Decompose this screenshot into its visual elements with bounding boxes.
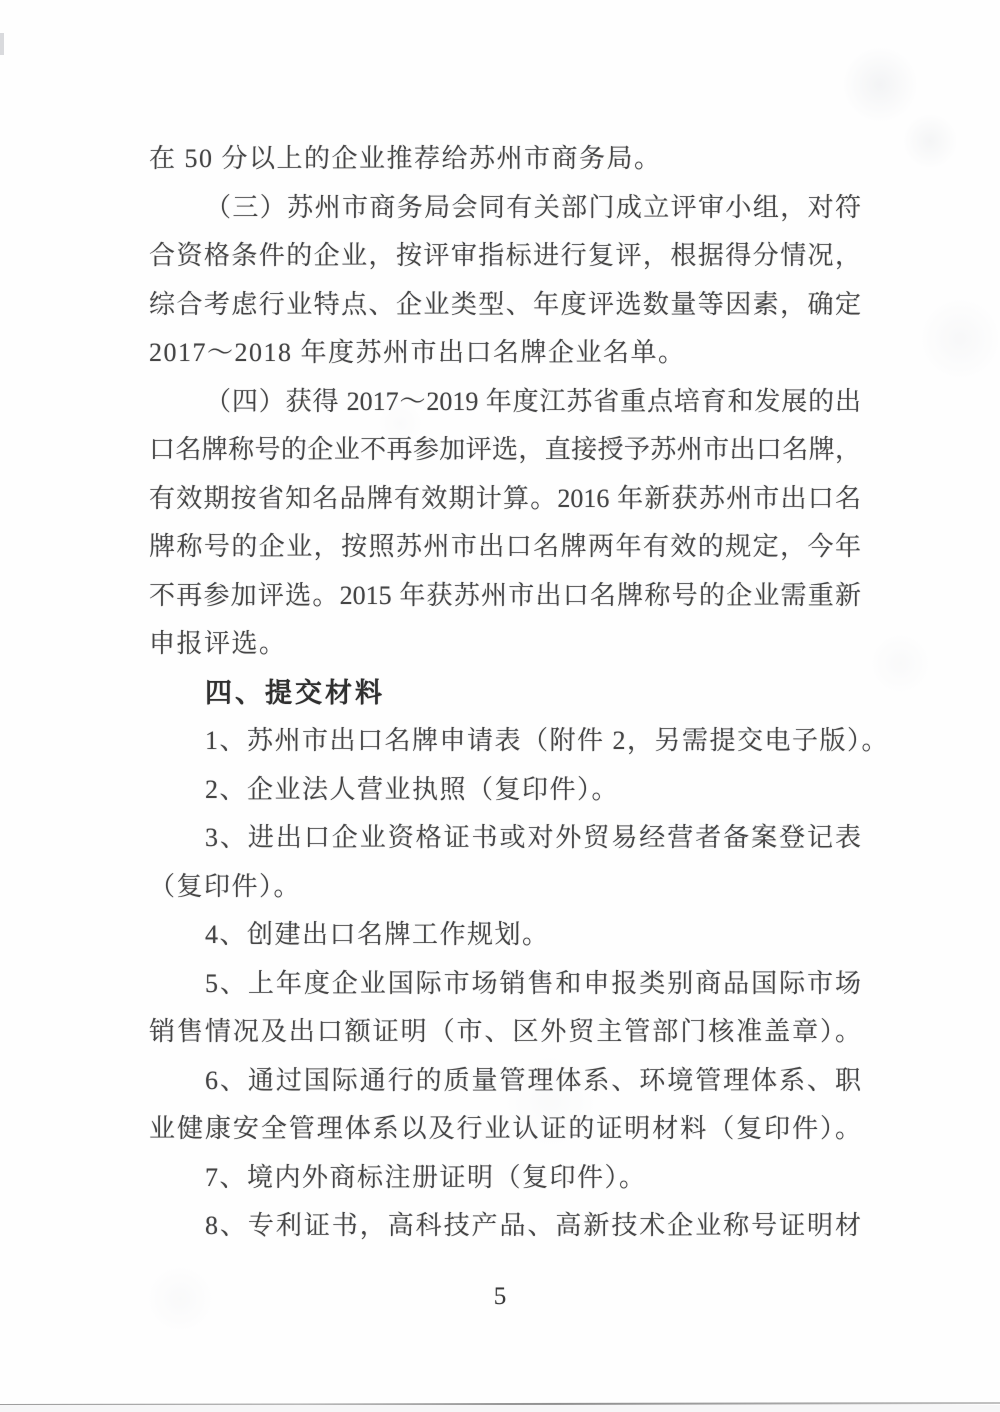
scan-artifact-mark	[0, 33, 4, 55]
scan-bottom-margin	[0, 1405, 1000, 1412]
body-line: 合资格条件的企业，按评审指标进行复评，根据得分情况，	[149, 232, 861, 281]
body-line: （四）获得 2017～2019 年度江苏省重点培育和发展的出	[149, 378, 861, 427]
document-body: 在 50 分以上的企业推荐给苏州市商务局。 （三）苏州市商务局会同有关部门成立评…	[149, 135, 861, 1251]
body-line: 在 50 分以上的企业推荐给苏州市商务局。	[149, 135, 861, 184]
scanned-document-page: 在 50 分以上的企业推荐给苏州市商务局。 （三）苏州市商务局会同有关部门成立评…	[0, 0, 1000, 1412]
list-item: 1、苏州市出口名牌申请表（附件 2，另需提交电子版）。	[149, 717, 861, 766]
body-line: 不再参加评选。2015 年获苏州市出口名牌称号的企业需重新	[149, 572, 861, 621]
list-item: 8、专利证书，高科技产品、高新技术企业称号证明材	[149, 1202, 861, 1251]
body-line: 有效期按省知名品牌有效期计算。2016 年新获苏州市出口名	[149, 475, 861, 524]
page-number: 5	[0, 1283, 1000, 1311]
list-item: 5、上年度企业国际市场销售和申报类别商品国际市场	[149, 960, 861, 1009]
body-line: （复印件）。	[149, 863, 861, 912]
body-line: （三）苏州市商务局会同有关部门成立评审小组，对符	[149, 184, 861, 233]
list-item: 4、创建出口名牌工作规划。	[149, 911, 861, 960]
section-heading: 四、提交材料	[149, 669, 861, 718]
body-line: 口名牌称号的企业不再参加评选，直接授予苏州市出口名牌，	[149, 426, 861, 475]
body-line: 牌称号的企业，按照苏州市出口名牌两年有效的规定，今年	[149, 523, 861, 572]
list-item: 6、通过国际通行的质量管理体系、环境管理体系、职	[149, 1057, 861, 1106]
body-line: 业健康安全管理体系以及行业认证的证明材料（复印件）。	[149, 1105, 861, 1154]
body-line: 申报评选。	[149, 620, 861, 669]
list-item: 7、境内外商标注册证明（复印件）。	[149, 1154, 861, 1203]
body-line: 综合考虑行业特点、企业类型、年度评选数量等因素，确定	[149, 281, 861, 330]
list-item: 3、进出口企业资格证书或对外贸易经营者备案登记表	[149, 814, 861, 863]
body-line: 销售情况及出口额证明（市、区外贸主管部门核准盖章）。	[149, 1008, 861, 1057]
list-item: 2、企业法人营业执照（复印件）。	[149, 766, 861, 815]
body-line: 2017～2018 年度苏州市出口名牌企业名单。	[149, 329, 861, 378]
